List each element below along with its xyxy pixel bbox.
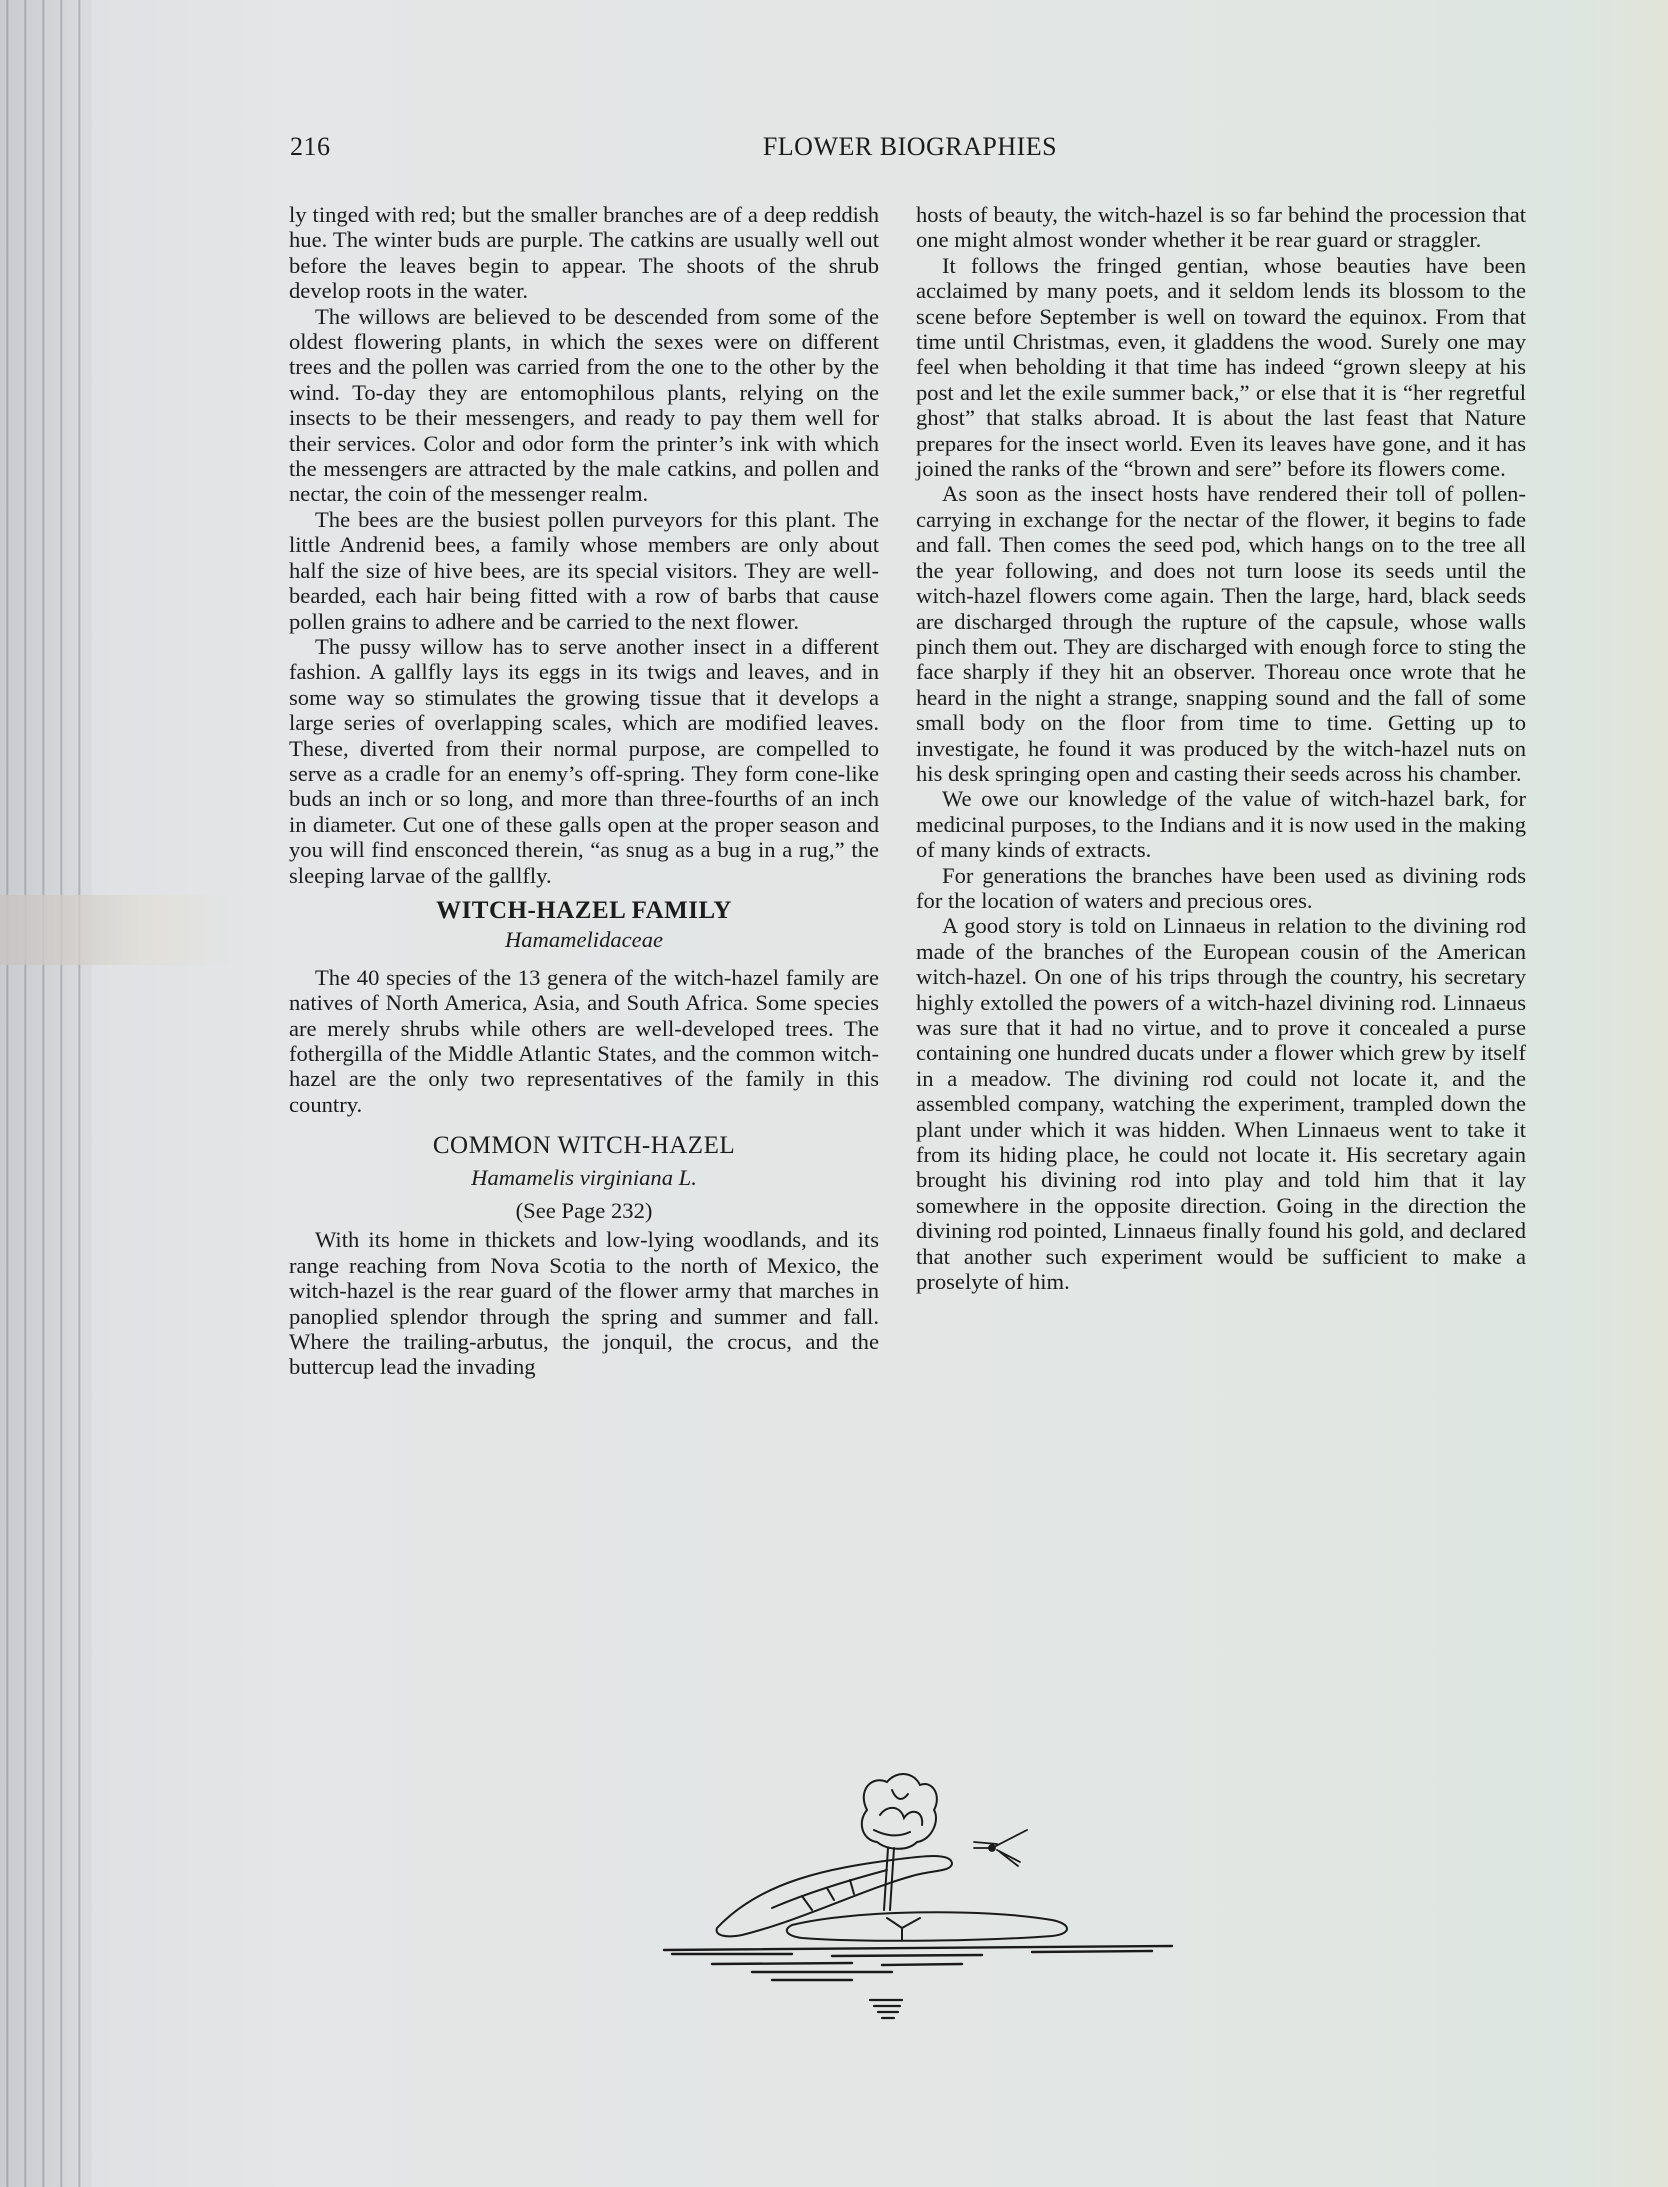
book-page: 216 FLOWER BIOGRAPHIES ly tinged with re… (0, 0, 1668, 2187)
paragraph: The willows are believed to be descended… (289, 304, 879, 507)
paragraph: A good story is told on Linnaeus in rela… (916, 913, 1526, 1294)
paragraph: The 40 species of the 13 genera of the w… (289, 965, 879, 1117)
running-head: 216 FLOWER BIOGRAPHIES (290, 132, 1530, 172)
paragraph: For generations the branches have been u… (916, 863, 1526, 914)
paragraph: With its home in thickets and low-lying … (289, 1227, 879, 1379)
see-page-reference: (See Page 232) (289, 1198, 879, 1223)
paragraph: The pussy willow has to serve another in… (289, 634, 879, 888)
left-column: ly tinged with red; but the smaller bran… (289, 202, 879, 1380)
family-latin-name: Hamamelidaceae (289, 927, 879, 952)
book-title: FLOWER BIOGRAPHIES (290, 132, 1530, 162)
paragraph: We owe our knowledge of the value of wit… (916, 786, 1526, 862)
species-heading: COMMON WITCH-HAZEL (289, 1133, 879, 1158)
paragraph: ly tinged with red; but the smaller bran… (289, 202, 879, 304)
paragraph: The bees are the busiest pollen purveyor… (289, 507, 879, 634)
paragraph: It follows the fringed gentian, whose be… (916, 253, 1526, 482)
paragraph: hosts of beauty, the witch-hazel is so f… (916, 202, 1526, 253)
scan-smudge (0, 895, 240, 965)
family-heading: WITCH-HAZEL FAMILY (289, 898, 879, 923)
species-latin-name: Hamamelis virginiana L. (289, 1165, 879, 1190)
water-lily-dragonfly-icon (652, 1760, 1212, 2020)
paragraph: As soon as the insect hosts have rendere… (916, 481, 1526, 786)
right-column: hosts of beauty, the witch-hazel is so f… (916, 202, 1526, 1294)
stacked-page-edges (0, 0, 92, 2187)
